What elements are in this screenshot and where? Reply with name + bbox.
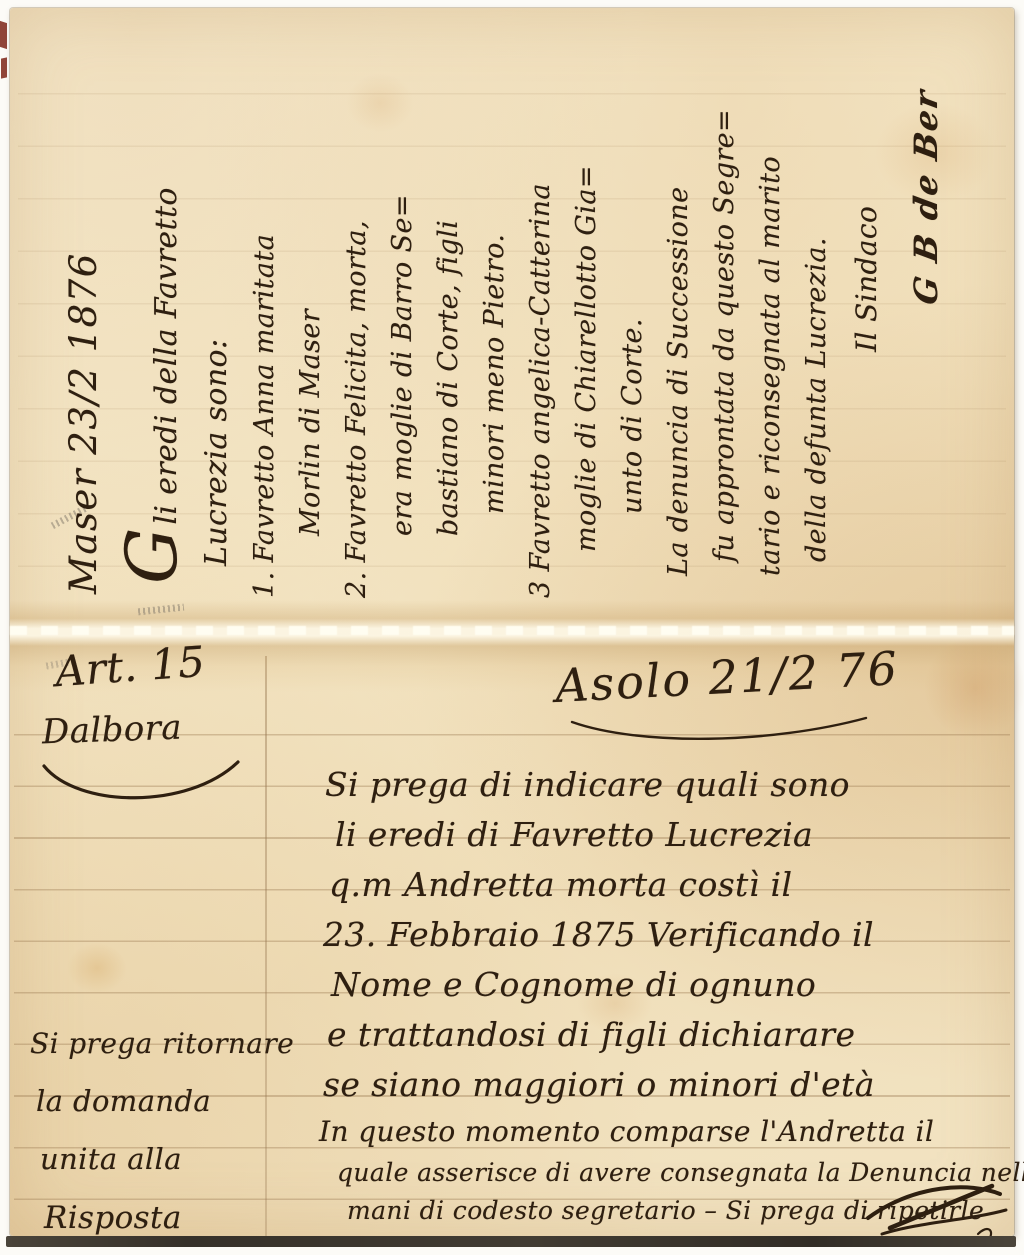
handwritten-line: della defunta Lucrezia. [794, 40, 840, 562]
handwritten-line: In questo momento comparse l'Andretta il [319, 1110, 1010, 1154]
fold-tear-line [10, 626, 1014, 635]
red-edge-mark [1, 57, 7, 78]
handwritten-line: 2. Favretto Felicita, morta, [334, 40, 380, 598]
handwritten-line: Morlin di Maser [288, 40, 334, 536]
scanned-letter: Maser 23/2 1876Gli eredi della FavrettoL… [0, 0, 1024, 1255]
handwritten-line: Nome e Cognome di ognuno [331, 960, 1010, 1010]
handwritten-line: tario e riconsegnata al marito [748, 40, 794, 576]
handwritten-line: moglie di Chiarellotto Gia= [564, 40, 610, 552]
handwritten-line: li eredi di Favretto Lucrezia [335, 810, 1010, 860]
margin-name: Dalbora [41, 708, 182, 753]
handwritten-line: Il Sindaco [840, 40, 894, 352]
flourish-date-swash [570, 714, 870, 748]
handwritten-line: 3 Favretto angelica-Catterina [518, 40, 564, 598]
margin-article-number: Art. 15 [53, 637, 206, 696]
margin-note-line: unita alla [40, 1130, 294, 1188]
red-edge-mark [0, 21, 7, 49]
margin-note-line: Si prega ritornare [30, 1016, 294, 1072]
handwritten-line: 1. Favretto Anna maritata [242, 40, 288, 598]
handwritten-line: era moglie di Barro Se= [380, 40, 426, 536]
flourish-underline [38, 756, 248, 808]
handwritten-line: bastiano di Corte, figli [426, 40, 472, 536]
handwritten-line: Si prega di indicare quali sono [325, 760, 1010, 810]
paper-bottom-edge-shadow [6, 1236, 1016, 1247]
margin-note-line: la domanda [36, 1072, 294, 1130]
margin-return-note: Si prega ritornarela domandaunita allaRi… [30, 1016, 294, 1248]
handwritten-line: Lucrezia sono: [192, 40, 242, 566]
handwritten-line: se siano maggiori o minori d'età [323, 1060, 1010, 1110]
top-rotated-text-block: Maser 23/2 1876Gli eredi della FavrettoL… [38, 40, 968, 600]
handwritten-line: Gli eredi della Favretto [130, 40, 192, 584]
handwritten-line: e trattandosi di figli dichiarare [327, 1010, 1010, 1060]
reply-body-text: Si prega di indicare quali sonoli eredi … [305, 760, 1010, 1230]
letter-paper: Maser 23/2 1876Gli eredi della FavrettoL… [10, 8, 1014, 1236]
handwritten-line: unto di Corte. [610, 40, 656, 514]
handwritten-line: fu approntata da questo Segre= [702, 40, 748, 562]
handwritten-line: La denuncia di Successione [656, 40, 702, 576]
handwritten-line: 23. Febbraio 1875 Verificando il [323, 910, 1010, 960]
handwritten-line: q.m Andretta morta costì il [329, 860, 1010, 910]
handwritten-line: Maser 23/2 1876 [38, 40, 130, 594]
handwritten-line: G B de Ber [894, 34, 958, 309]
handwritten-line: minori meno Pietro. [472, 40, 518, 514]
